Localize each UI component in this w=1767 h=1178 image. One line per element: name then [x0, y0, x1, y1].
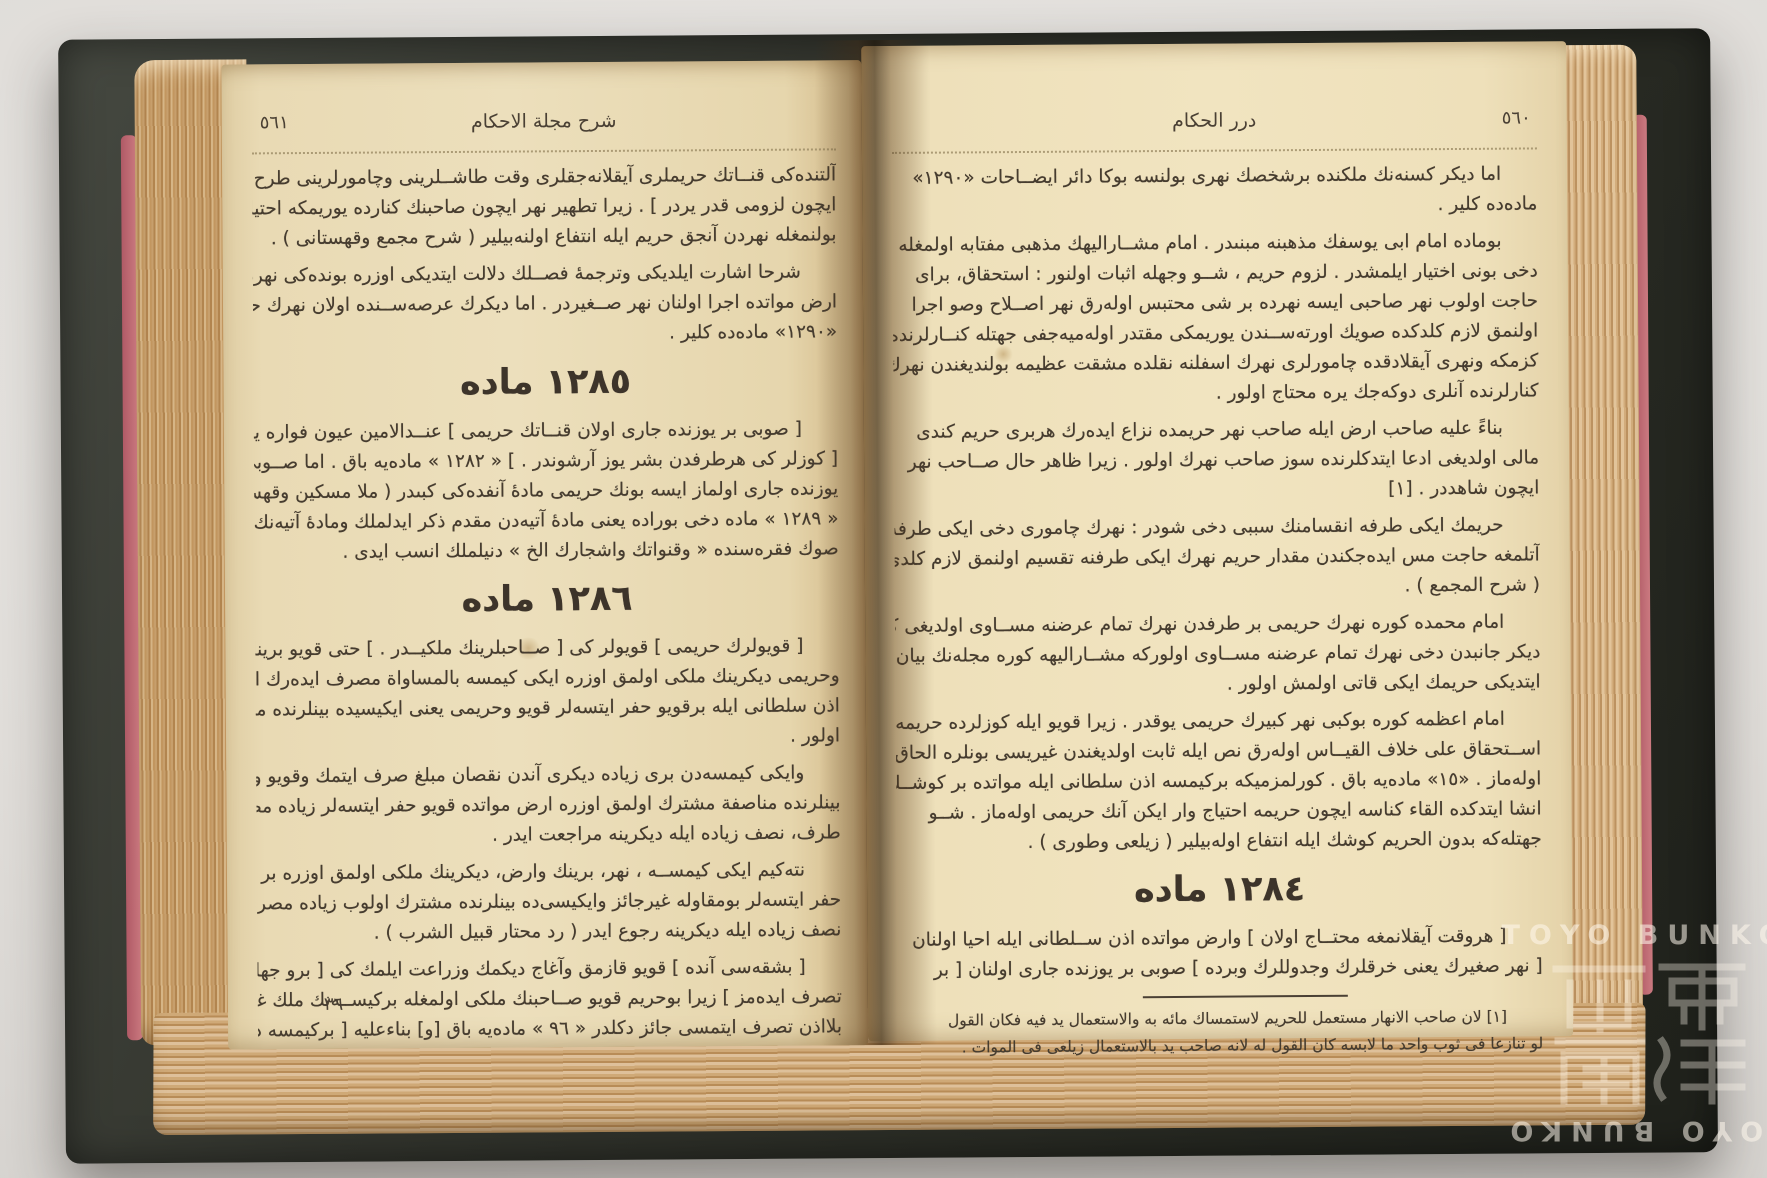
paragraph: [ بشقه‌سى آنده ] قويو قازمق وآغاج ديكمك … — [258, 952, 843, 1046]
text-line: طرف، نصف زياده ايله ديكرينه مراجعت ايدر … — [257, 818, 841, 852]
text-line: [ نهر صغيرك يعنى خرقلرك وجدوللرك وبرده ]… — [898, 951, 1543, 986]
text-line: بلااذن تصرف ايتمسى جائز دكلدر « ٩٦ » ماد… — [258, 1012, 842, 1046]
book-photo: { "book": { "left_page": { "page_number"… — [0, 0, 1767, 1178]
text-line: بناءً عليه صاحب ارض ايله صاحب نهر حريمده… — [894, 413, 1539, 448]
text-line: دخى بونى اختيار ايلمشدر . لزوم حريم ، شـ… — [893, 256, 1538, 291]
text-line: ايتديكى حريمك ايكى قاتى اولمش اولور . — [896, 667, 1541, 702]
paragraph: اما ديكر كسنه‌نك ملكنده برشخصك نهرى بولن… — [892, 159, 1537, 224]
text-line: يوزنده جارى اولماز ايسه بونك حريمى مادهٔ… — [254, 474, 838, 508]
text-line: امام اعظمه كوره بوكبى نهر كبيرك حريمى يو… — [896, 704, 1541, 739]
right-page: ٥٦٠ درر الحكام اما ديكر كسنه‌نك ملكنده ب… — [861, 41, 1573, 1041]
text-line: اما ديكر كسنه‌نك ملكنده برشخصك نهرى بولن… — [892, 159, 1537, 194]
right-page-header: ٥٦٠ درر الحكام — [892, 107, 1537, 146]
text-line: [ هروقت آيقلانمغه محتــاج اولان ] وارض م… — [897, 921, 1542, 956]
text-line: [ صوبى بر يوزنده جارى اولان قنــاتك حريم… — [254, 414, 838, 448]
text-line: اذن سلطانى ايله برقويو حفر ايتسه‌لر قويو… — [256, 691, 840, 725]
paragraph: بوماده امام ابى يوسفك مذهبنه مبنىدر . ام… — [893, 226, 1539, 410]
text-line: نصف زياده ايله ديكرينه رجوع ايدر ( رد مح… — [257, 915, 841, 949]
text-line: آلتنده‌كى قنــاتك حريملرى آيقلانه‌جقلرى … — [252, 160, 836, 194]
footnote: [١] لان صاحب الانهار مستعمل للحريم لاستم… — [904, 1003, 1543, 1061]
text-line: بينلرنده مناصفة مشترك اولمق اوزره ارض مو… — [256, 788, 840, 822]
signature-mark: ٣٦ — [324, 994, 343, 1015]
text-line: [ بشقه‌سى آنده ] قويو قازمق وآغاج ديكمك … — [258, 952, 842, 986]
text-line: بولنمغله نهردن آنجق حريم ايله انتفاع اول… — [252, 220, 836, 254]
text-line: ( شرح المجمع ) . — [895, 570, 1540, 605]
left-page: ٥٦١ شرح مجلة الاحكام آلتنده‌كى قنــاتك ح… — [221, 60, 868, 1049]
text-line: « ١٢٨٩ » ماده دخى بوراده يعنى مادهٔ آتيه… — [254, 504, 838, 538]
paragraph: [ قويولرك حريمى ] قويولر كى [ صــاحبلرين… — [255, 631, 840, 755]
paragraph: وايكى كيمسه‌دن برى زياده ديكرى آندن نقصا… — [256, 758, 841, 852]
article-number-header: ١٢٨٦ ماده — [255, 571, 839, 627]
text-line: صوك فقره‌سنده « وقنواتك واشجارك الخ » دن… — [255, 534, 839, 568]
text-line: اولور . — [256, 721, 840, 755]
page-number: ٥٦٠ — [1502, 107, 1531, 128]
text-line: «١٢٩٠» ماده‌ده كلير . — [253, 317, 837, 351]
header-rule — [252, 146, 836, 154]
article-number-header: ١٢٨٤ ماده — [897, 861, 1542, 918]
text-line: حفر ايتسه‌لر بومقاوله غيرجائز وايكيسى‌ده… — [257, 885, 841, 919]
text-line: ايچون لزومى قدر يردر ] . زيرا تطهير نهر … — [252, 190, 836, 224]
text-line: كزمكه ونهرى آيقلادقده چامورلرى نهرك اسفل… — [893, 346, 1538, 381]
paragraph: [ صوبى بر يوزنده جارى اولان قنــاتك حريم… — [254, 414, 839, 568]
text-line: ايچون شاهددر . [١] — [894, 473, 1539, 508]
page-number: ٥٦١ — [260, 112, 289, 133]
paragraph: حريمك ايكى طرفه انقسامنك سببى دخى شودر :… — [894, 510, 1540, 605]
text-line: بوماده امام ابى يوسفك مذهبنه مبنىدر . ام… — [893, 226, 1538, 261]
open-book: ٥٦١ شرح مجلة الاحكام آلتنده‌كى قنــاتك ح… — [0, 0, 1767, 1178]
text-line: كنارلرنده آنلرى دوكه‌جك يره محتاج اولور … — [894, 376, 1539, 411]
text-line: ارض مواتده اجرا اولنان نهر صــغيردر . ام… — [253, 287, 837, 321]
footnote-separator — [1143, 995, 1348, 998]
right-page-text: اما ديكر كسنه‌نك ملكنده برشخصك نهرى بولن… — [892, 159, 1543, 1061]
text-line: انشا ايتدكده القاء كناسه ايچون حريمه احت… — [896, 794, 1541, 829]
text-line: آتلمغه حاجت مس ايده‌جكندن مقدار حريم نهر… — [895, 540, 1540, 575]
text-line: جهتله‌كه بدون الحريم كوشك ايله انتفاع او… — [897, 824, 1542, 859]
text-line: [ قويولرك حريمى ] قويولر كى [ صــاحبلرين… — [255, 631, 839, 665]
paragraph: بناءً عليه صاحب ارض ايله صاحب نهر حريمده… — [894, 413, 1540, 508]
paragraph: [ هروقت آيقلانمغه محتــاج اولان ] وارض م… — [897, 921, 1542, 986]
text-line: اوله‌ماز . «١٥» ماده‌يه باق . كورلمزميكه… — [896, 764, 1541, 799]
text-line: ماده‌ده كلير . — [892, 189, 1537, 224]
paragraph: آلتنده‌كى قنــاتك حريملرى آيقلانه‌جقلرى … — [252, 160, 837, 254]
left-page-header: ٥٦١ شرح مجلة الاحكام — [252, 108, 836, 146]
running-title: درر الحكام — [892, 107, 1537, 134]
left-page-text: آلتنده‌كى قنــاتك حريملرى آيقلانه‌جقلرى … — [252, 160, 842, 1046]
text-line: شرحا اشارت ايلديكى وترجمهٔ فصــلك دلالت … — [253, 257, 837, 291]
paragraph: امام اعظمه كوره بوكبى نهر كبيرك حريمى يو… — [896, 704, 1542, 858]
text-line: تصرف ايده‌مز ] زيرا بوحريم قويو صــاحبنك… — [258, 982, 842, 1016]
text-line: [ كوزلر كى هرطرفدن بشر يوز آرشوندر . ] «… — [254, 444, 838, 478]
text-line: حريمك ايكى طرفه انقسامنك سببى دخى شودر :… — [894, 510, 1539, 545]
text-line: ديكر جانبدن دخى نهرك تمام عرضنه مســاوى … — [895, 637, 1540, 672]
text-line: اولنمق لازم كلدكده صويك اورته‌ســندن يور… — [893, 316, 1538, 351]
text-line: امام محمده كوره نهرك حريمى بر طرفدن نهرك… — [895, 607, 1540, 642]
text-line: حاجت اولوب نهر صاحبى ايسه نهرده بر شى مح… — [893, 286, 1538, 321]
text-line: وحريمى ديكرينك ملكى اولمق اوزره ايكى كيم… — [256, 661, 840, 695]
text-line: نته‌كيم ايكى كيمســه ، نهر، برينك وارض، … — [257, 855, 841, 889]
paragraph: نته‌كيم ايكى كيمســه ، نهر، برينك وارض، … — [257, 855, 842, 949]
header-rule — [892, 145, 1537, 154]
text-line: مالى اولديغى ادعا ايتدكلرنده سوز صاحب نه… — [894, 443, 1539, 478]
paragraph: شرحا اشارت ايلديكى وترجمهٔ فصــلك دلالت … — [253, 257, 838, 351]
paragraph: امام محمده كوره نهرك حريمى بر طرفدن نهرك… — [895, 607, 1541, 702]
article-number-header: ١٢٨٥ ماده — [253, 354, 837, 410]
text-line: اســتحقاق على خلاف القيــاس اوله‌رق نص ا… — [896, 734, 1541, 769]
text-line: لو تنازعا فى ثوب واحد ما لابسه كان القول… — [904, 1030, 1543, 1061]
text-line: وايكى كيمسه‌دن برى زياده ديكرى آندن نقصا… — [256, 758, 840, 792]
running-title: شرح مجلة الاحكام — [252, 108, 836, 134]
